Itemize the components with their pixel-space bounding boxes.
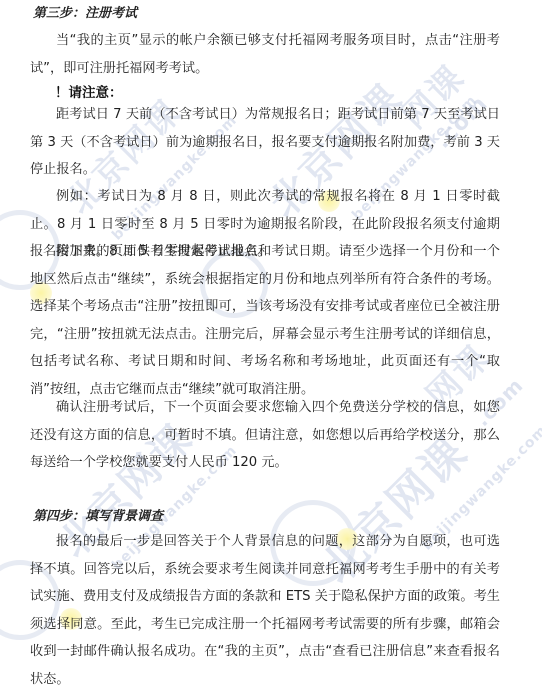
section-heading-step3: 第三步：注册考试: [33, 5, 137, 23]
paragraph: 当“我的主页”显示的帐户余额已够支付托福网考服务项目时，点击“注册考试”，即可注…: [30, 27, 500, 82]
paragraph: 距考试日 7 天前（不含考试日）为常规报名日；距考试日前第 7 天至考试日第 3…: [30, 101, 500, 184]
document-page: 网课 .com 北京网课 beijingwangke.com 北京网课 beij…: [0, 0, 542, 687]
paragraph: 接下来的页面供考生搜索考试地点和考试日期。请至少选择一个月份和一个地区然后点击“…: [30, 238, 500, 403]
notice-label: ！请注意：: [55, 84, 123, 102]
paragraph: 报名的最后一步是回答关于个人背景信息的问题，这部分为自愿项，也可选择不填。回答完…: [30, 528, 500, 687]
paragraph: 确认注册考试后，下一个页面会要求您输入四个免费送分学校的信息，如您还没有这方面的…: [30, 394, 500, 477]
section-heading-step4: 第四步：填写背景调查: [33, 508, 163, 526]
